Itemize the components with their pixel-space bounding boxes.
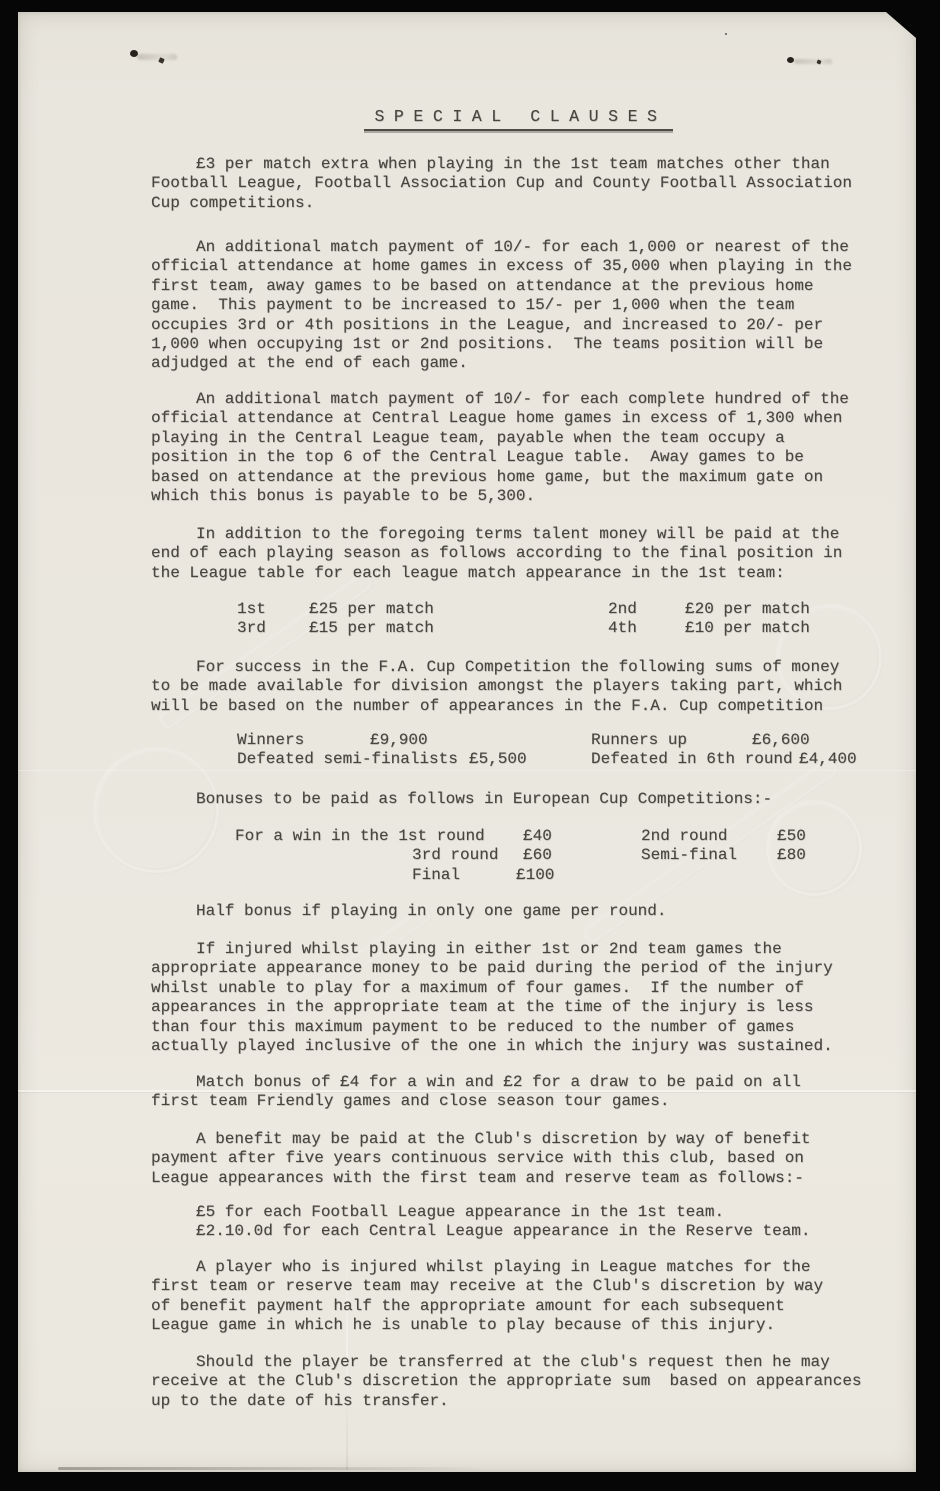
scan-background: SPECIAL CLAUSES £3 per match extra when …: [0, 0, 940, 1491]
talent-money-table: 1st £25 per match 2nd £20 per match 3rd …: [151, 600, 901, 639]
table-row: Winners £9,900 Runners up £6,600: [151, 731, 901, 750]
result-label: Defeated semi-finalists: [237, 750, 458, 769]
ink-mark: [158, 57, 165, 64]
clause-extra-match-payment: £3 per match extra when playing in the 1…: [151, 155, 852, 213]
position-label: 1st: [237, 600, 266, 619]
payment-value: £15 per match: [309, 619, 434, 638]
payment-value: £20 per match: [685, 600, 810, 619]
clause-benefit-payment: A benefit may be paid at the Club's disc…: [151, 1130, 811, 1188]
table-row: For a win in the 1st round £40 2nd round…: [151, 827, 901, 846]
prize-value: £5,500: [469, 750, 527, 769]
clause-injured-benefit-half: A player who is injured whilst playing i…: [151, 1258, 823, 1336]
clause-european-cup-intro: Bonuses to be paid as follows in Europea…: [151, 790, 772, 809]
paper-edge-shadow: [58, 1467, 488, 1470]
ink-speck: [725, 33, 727, 35]
payment-value: £25 per match: [309, 600, 434, 619]
table-row: Final £100: [151, 866, 901, 885]
result-label: Runners up: [591, 731, 687, 750]
clause-friendly-match-bonus: Match bonus of £4 for a win and £2 for a…: [151, 1073, 801, 1112]
document-title: SPECIAL CLAUSES: [364, 107, 672, 131]
round-label: For a win in the 1st round: [235, 827, 485, 846]
table-row: 3rd round £60 Semi-final £80: [151, 846, 901, 865]
bonus-value: £80: [777, 846, 806, 865]
round-label: Semi-final: [641, 846, 737, 865]
clause-talent-money-intro: In addition to the foregoing terms talen…: [151, 525, 842, 583]
prize-value: £4,400: [799, 750, 857, 769]
prize-value: £9,900: [370, 731, 428, 750]
prize-value: £6,600: [752, 731, 810, 750]
payment-value: £10 per match: [685, 619, 810, 638]
ink-smudge: [137, 54, 177, 60]
fa-cup-prize-table: Winners £9,900 Runners up £6,600 Defeate…: [151, 731, 901, 770]
clause-transfer-benefit: Should the player be transferred at the …: [151, 1353, 862, 1411]
position-label: 4th: [608, 619, 637, 638]
ink-mark: [787, 57, 794, 63]
clause-half-bonus: Half bonus if playing in only one game p…: [151, 902, 666, 921]
ink-smudge: [794, 59, 832, 64]
clause-attendance-bonus-first-team: An additional match payment of 10/- for …: [151, 238, 852, 374]
fold-crease: [18, 770, 916, 771]
clause-fa-cup-intro: For success in the F.A. Cup Competition …: [151, 658, 842, 716]
position-label: 3rd: [237, 619, 266, 638]
bonus-value: £100: [516, 866, 554, 885]
position-label: 2nd: [608, 600, 637, 619]
round-label: Final: [412, 866, 460, 885]
bonus-value: £40: [523, 827, 552, 846]
benefit-rate-list: £5 for each Football League appearance i…: [196, 1203, 811, 1242]
result-label: Winners: [237, 731, 304, 750]
european-cup-bonus-table: For a win in the 1st round £40 2nd round…: [151, 827, 901, 885]
result-label: Defeated in 6th round: [591, 750, 793, 769]
round-label: 2nd round: [641, 827, 727, 846]
bonus-value: £50: [777, 827, 806, 846]
table-row: 1st £25 per match 2nd £20 per match: [151, 600, 901, 619]
bonus-value: £60: [523, 846, 552, 865]
clause-injury-appearance-money: If injured whilst playing in either 1st …: [151, 940, 833, 1056]
page-title-row: SPECIAL CLAUSES: [151, 107, 886, 131]
table-row: 3rd £15 per match 4th £10 per match: [151, 619, 901, 638]
round-label: 3rd round: [412, 846, 498, 865]
clause-attendance-bonus-central-league: An additional match payment of 10/- for …: [151, 390, 849, 506]
document-page: SPECIAL CLAUSES £3 per match extra when …: [18, 12, 916, 1472]
table-row: Defeated semi-finalists £5,500 Defeated …: [151, 750, 901, 769]
